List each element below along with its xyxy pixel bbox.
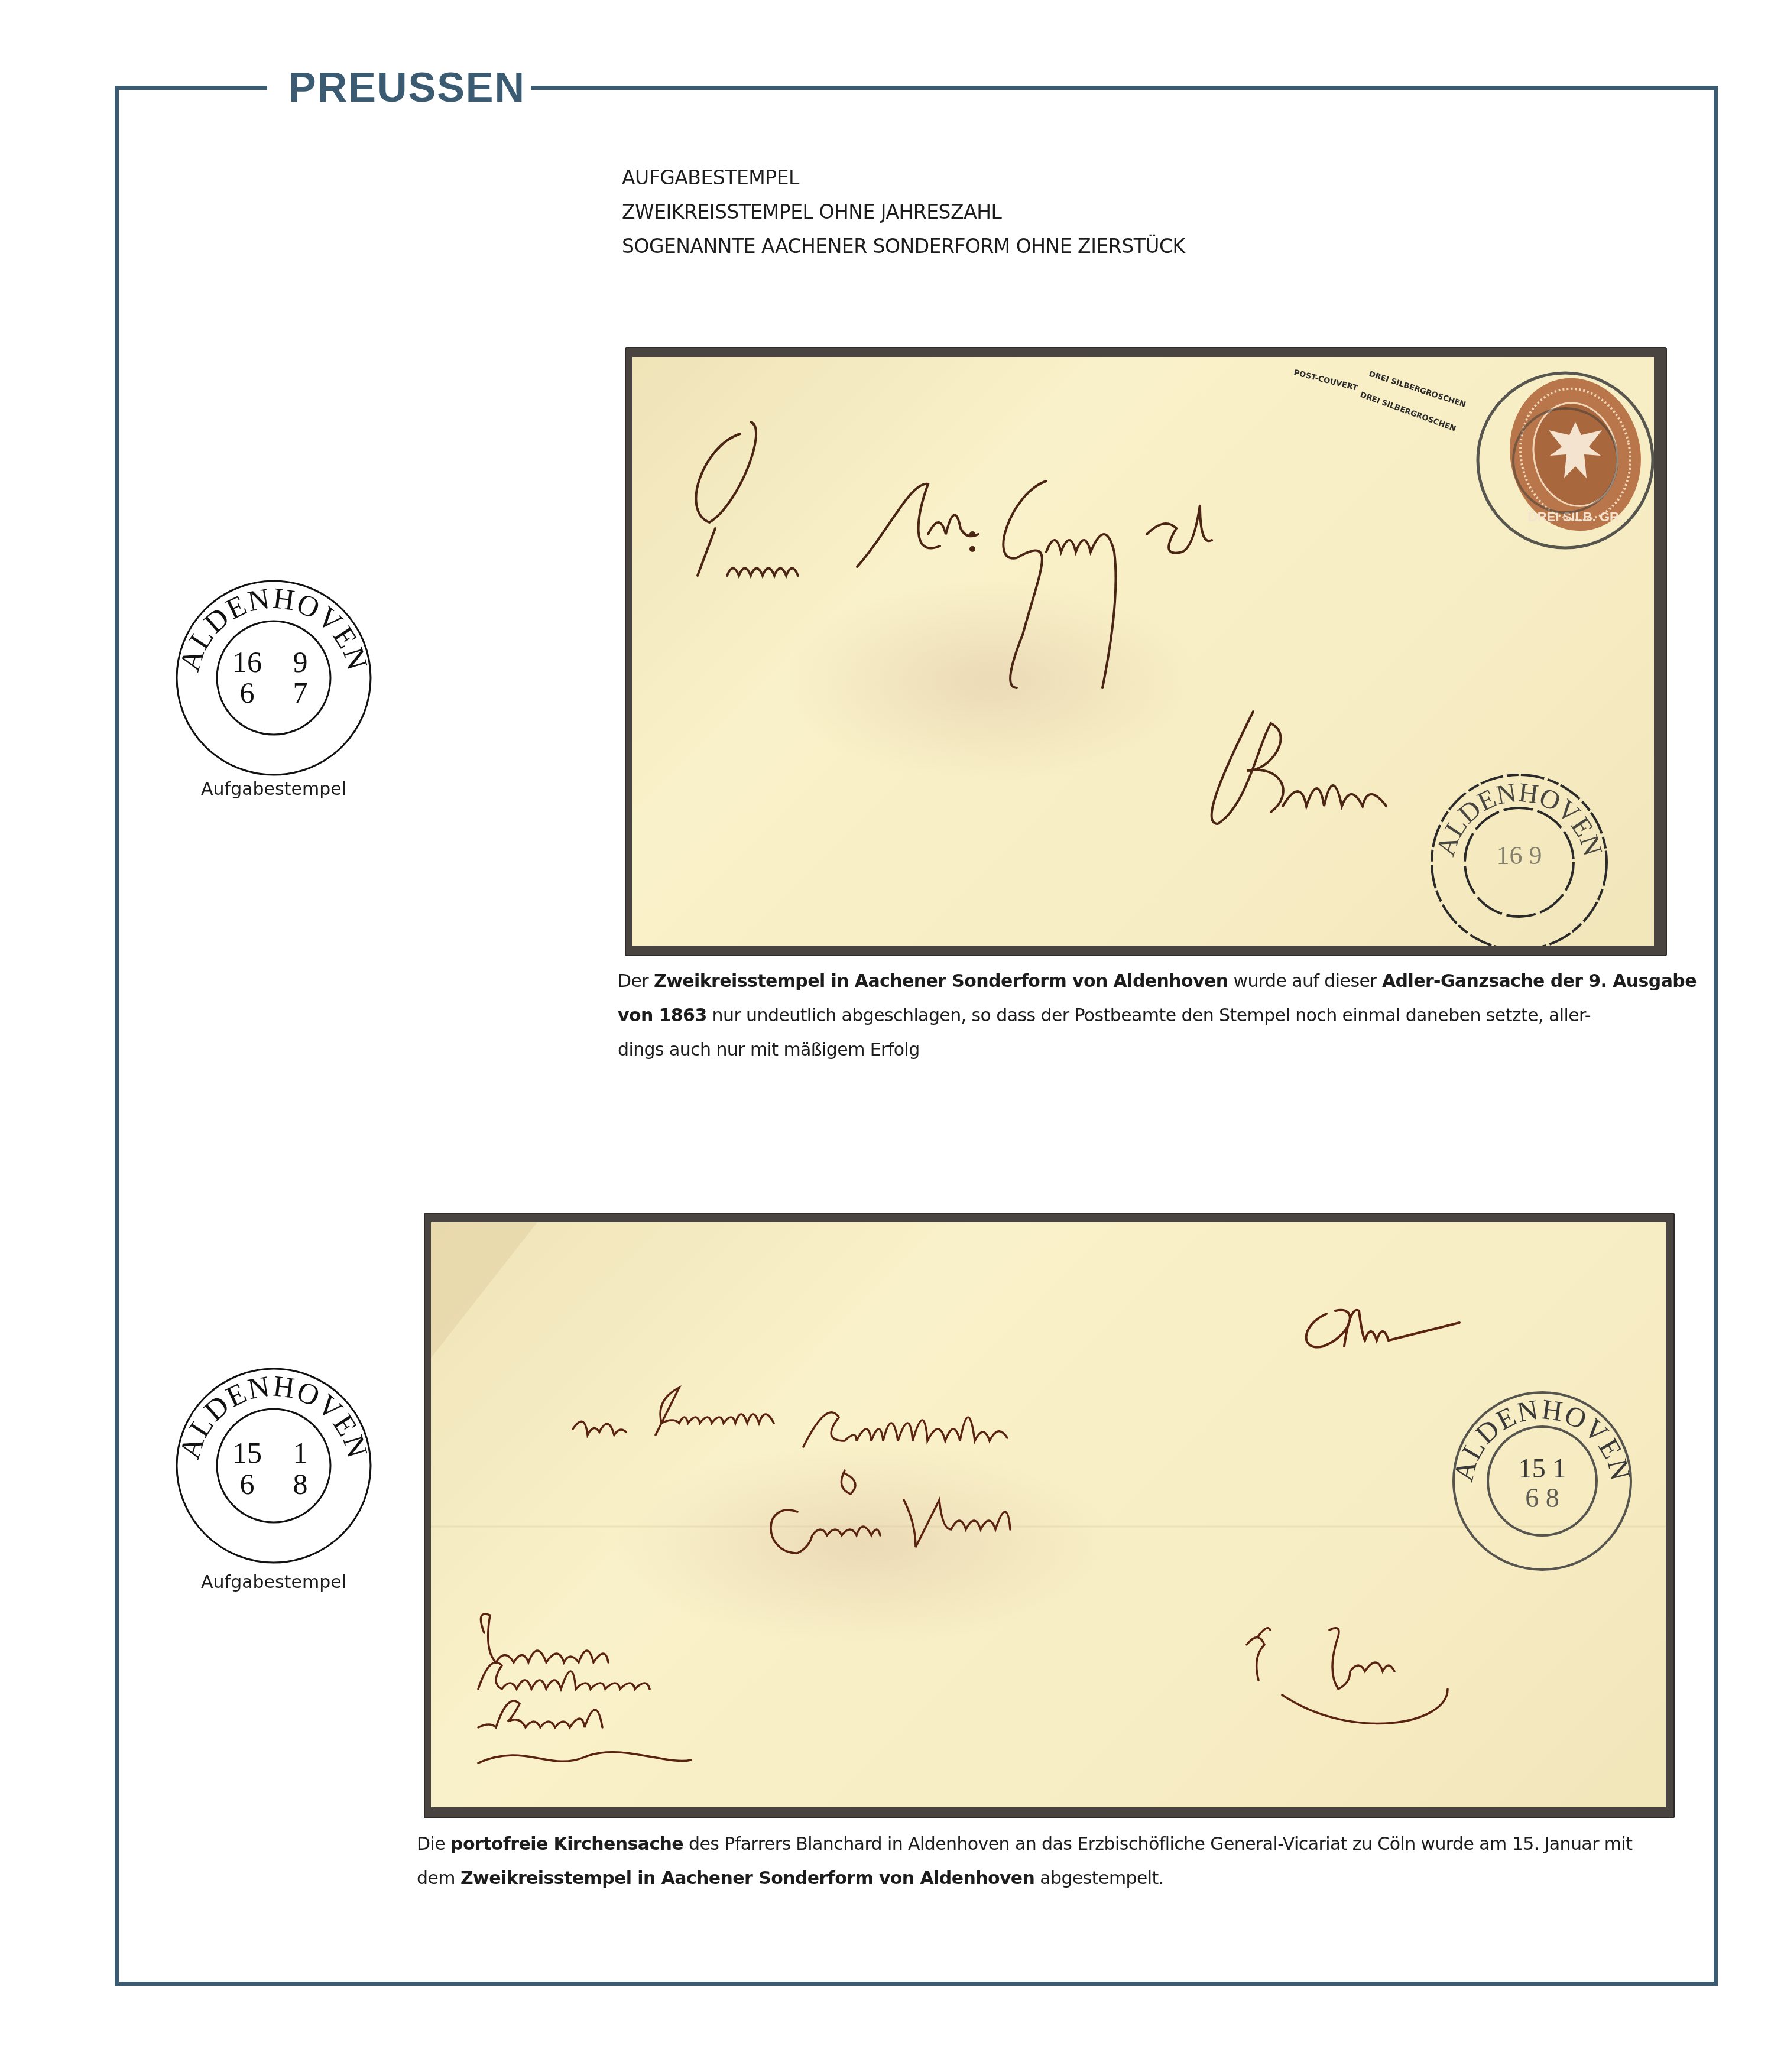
postmark-month: 1 (293, 1436, 308, 1469)
reference-postmark-1: ALDENHOVEN 16 9 6 7 (167, 571, 380, 784)
reference-postmark-2: ALDENHOVEN 15 1 6 8 (167, 1359, 380, 1572)
frame-right-rule (1714, 86, 1718, 1986)
cover-2-caption: Die portofreie Kirchensache des Pfarrers… (417, 1827, 1682, 1896)
cover-1-mount: POST-COUVERT DREI SILBERGROSCHEN DREI SI… (625, 347, 1667, 956)
handwritten-address (696, 422, 1386, 824)
caption-line: dings auch nur mit mäßigem Erfolg (618, 1033, 1670, 1067)
cover-1-artwork: POST-COUVERT DREI SILBERGROSCHEN DREI SI… (632, 357, 1654, 946)
svg-text:16 9: 16 9 (1497, 841, 1542, 870)
svg-text:ALDENHOVEN: ALDENHOVEN (173, 581, 375, 674)
postmark-day: 15 (232, 1436, 262, 1469)
postmark-hour-2: 7 (293, 676, 308, 709)
cover-1-caption: Der Zweikreisstempel in Aachener Sonderf… (618, 964, 1670, 1067)
cover-1-envelope: POST-COUVERT DREI SILBERGROSCHEN DREI SI… (632, 357, 1654, 946)
caption-line: Die portofreie Kirchensache des Pfarrers… (417, 1827, 1682, 1862)
postmark-hour-1: 6 (240, 1467, 255, 1501)
postmark-month: 9 (293, 645, 308, 678)
reference-postmark-2-label: Aufgabestempel (167, 1572, 380, 1593)
caption-line: von 1863 nur undeutlich abgeschlagen, so… (618, 999, 1670, 1033)
postmark-hour-2: 8 (293, 1467, 308, 1501)
frame-bottom-rule (115, 1982, 1718, 1986)
postmark-town: ALDENHOVEN (173, 581, 375, 674)
heading-line-1: AUFGABESTEMPEL (622, 161, 1185, 195)
caption-line: Der Zweikreisstempel in Aachener Sonderf… (618, 964, 1670, 999)
embossed-eagle-stamp-icon: DREI SILB. GR. (1496, 366, 1654, 543)
postmark-aldenhoven: ALDENHOVEN 15 1 6 8 (1448, 1392, 1637, 1570)
frame-top-left-rule (115, 86, 267, 90)
caption-line: dem Zweikreisstempel in Aachener Sonderf… (417, 1862, 1682, 1896)
postmark-town: ALDENHOVEN (173, 1369, 375, 1462)
heading-line-3: SOGENANNTE AACHENER SONDERFORM OHNE ZIER… (622, 229, 1185, 264)
cover-2-letter: ALDENHOVEN 15 1 6 8 (431, 1222, 1666, 1807)
svg-text:15 1: 15 1 (1519, 1453, 1566, 1483)
svg-text:6 8: 6 8 (1525, 1483, 1559, 1513)
section-heading: AUFGABESTEMPEL ZWEIKREISSTEMPEL OHNE JAH… (622, 161, 1185, 264)
postmark-hour-1: 6 (240, 676, 255, 709)
postmark-drawing-icon: ALDENHOVEN 16 9 6 7 (167, 571, 380, 784)
frame-left-rule (115, 86, 119, 1986)
handwritten-address (478, 1388, 1448, 1763)
postmark-repeat: ALDENHOVEN 16 9 (1430, 775, 1608, 946)
postmark-drawing-icon: ALDENHOVEN 15 1 6 8 (167, 1359, 380, 1572)
postmark-day: 16 (232, 645, 262, 678)
frame-top-right-rule (531, 86, 1718, 90)
cover-2-artwork: ALDENHOVEN 15 1 6 8 (431, 1222, 1666, 1807)
page-title: PREUSSEN (288, 64, 526, 111)
imprint-post-couvert: POST-COUVERT (1293, 368, 1358, 392)
handwritten-annotation (1306, 1310, 1459, 1347)
cover-2-mount: ALDENHOVEN 15 1 6 8 (424, 1213, 1675, 1818)
reference-postmark-1-label: Aufgabestempel (167, 779, 380, 800)
svg-text:ALDENHOVEN: ALDENHOVEN (173, 1369, 375, 1462)
heading-line-2: ZWEIKREISSTEMPEL OHNE JAHRESZAHL (622, 195, 1185, 229)
